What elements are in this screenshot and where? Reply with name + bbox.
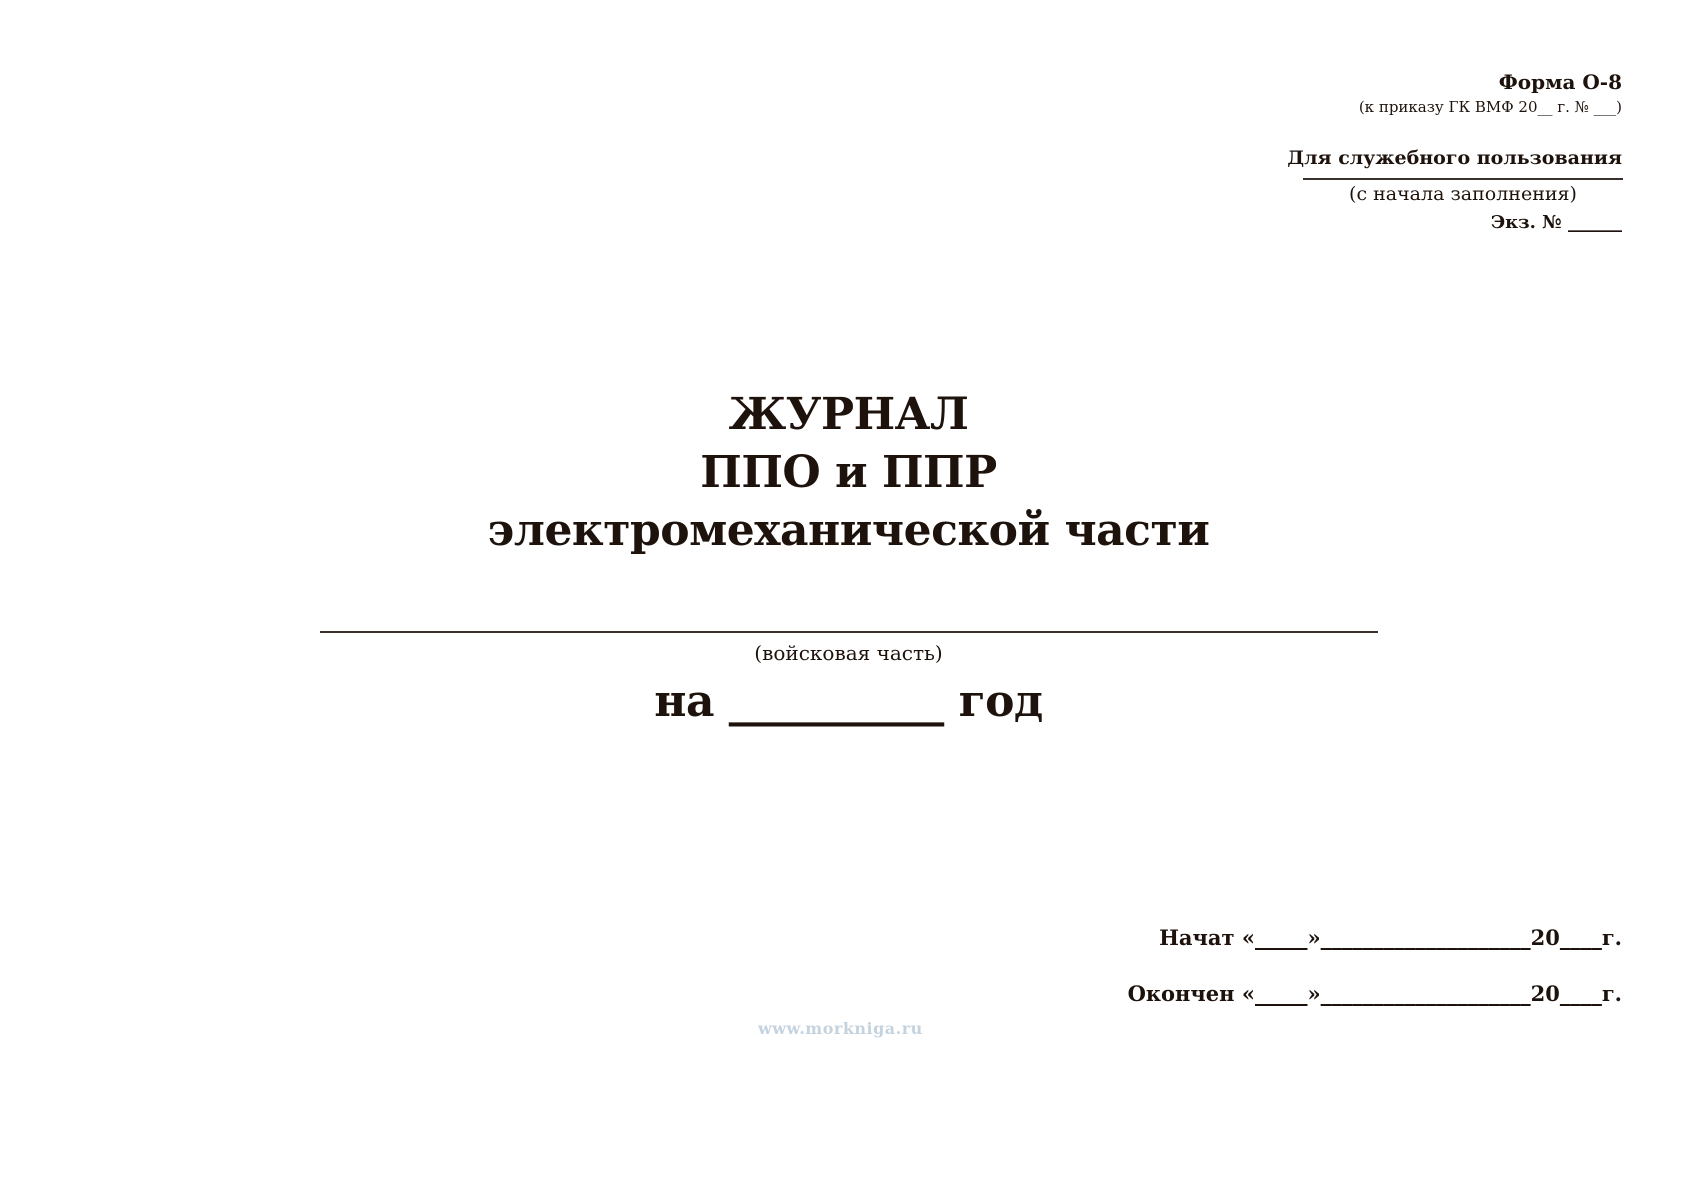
restriction-underline [1303, 178, 1623, 180]
watermark-url: www.morkniga.ru [758, 1019, 923, 1038]
form-number: Форма О-8 [1499, 70, 1622, 94]
military-unit-caption: (войсковая часть) [0, 641, 1697, 665]
year-field: на __________ год [0, 676, 1697, 727]
restriction-label: Для служебного пользования [1287, 147, 1622, 169]
journal-cover-page: Форма О-8 (к приказу ГК ВМФ 20__ г. № __… [0, 0, 1697, 1200]
page-title-line-2: ППО и ППР [0, 444, 1697, 502]
started-date-field: Начат «_____»____________________20____г… [1159, 925, 1622, 950]
military-unit-blank-line [320, 631, 1378, 633]
page-title-line-1: ЖУРНАЛ [0, 386, 1697, 444]
copy-number-field: Экз. № ______ [1491, 212, 1622, 233]
form-order-reference: (к приказу ГК ВМФ 20__ г. № ___) [1359, 98, 1622, 116]
finished-date-field: Окончен «_____»____________________20___… [1128, 981, 1622, 1006]
page-title-line-3: электромеханической части [0, 502, 1697, 560]
restriction-note: (с начала заполнения) [1303, 183, 1623, 205]
